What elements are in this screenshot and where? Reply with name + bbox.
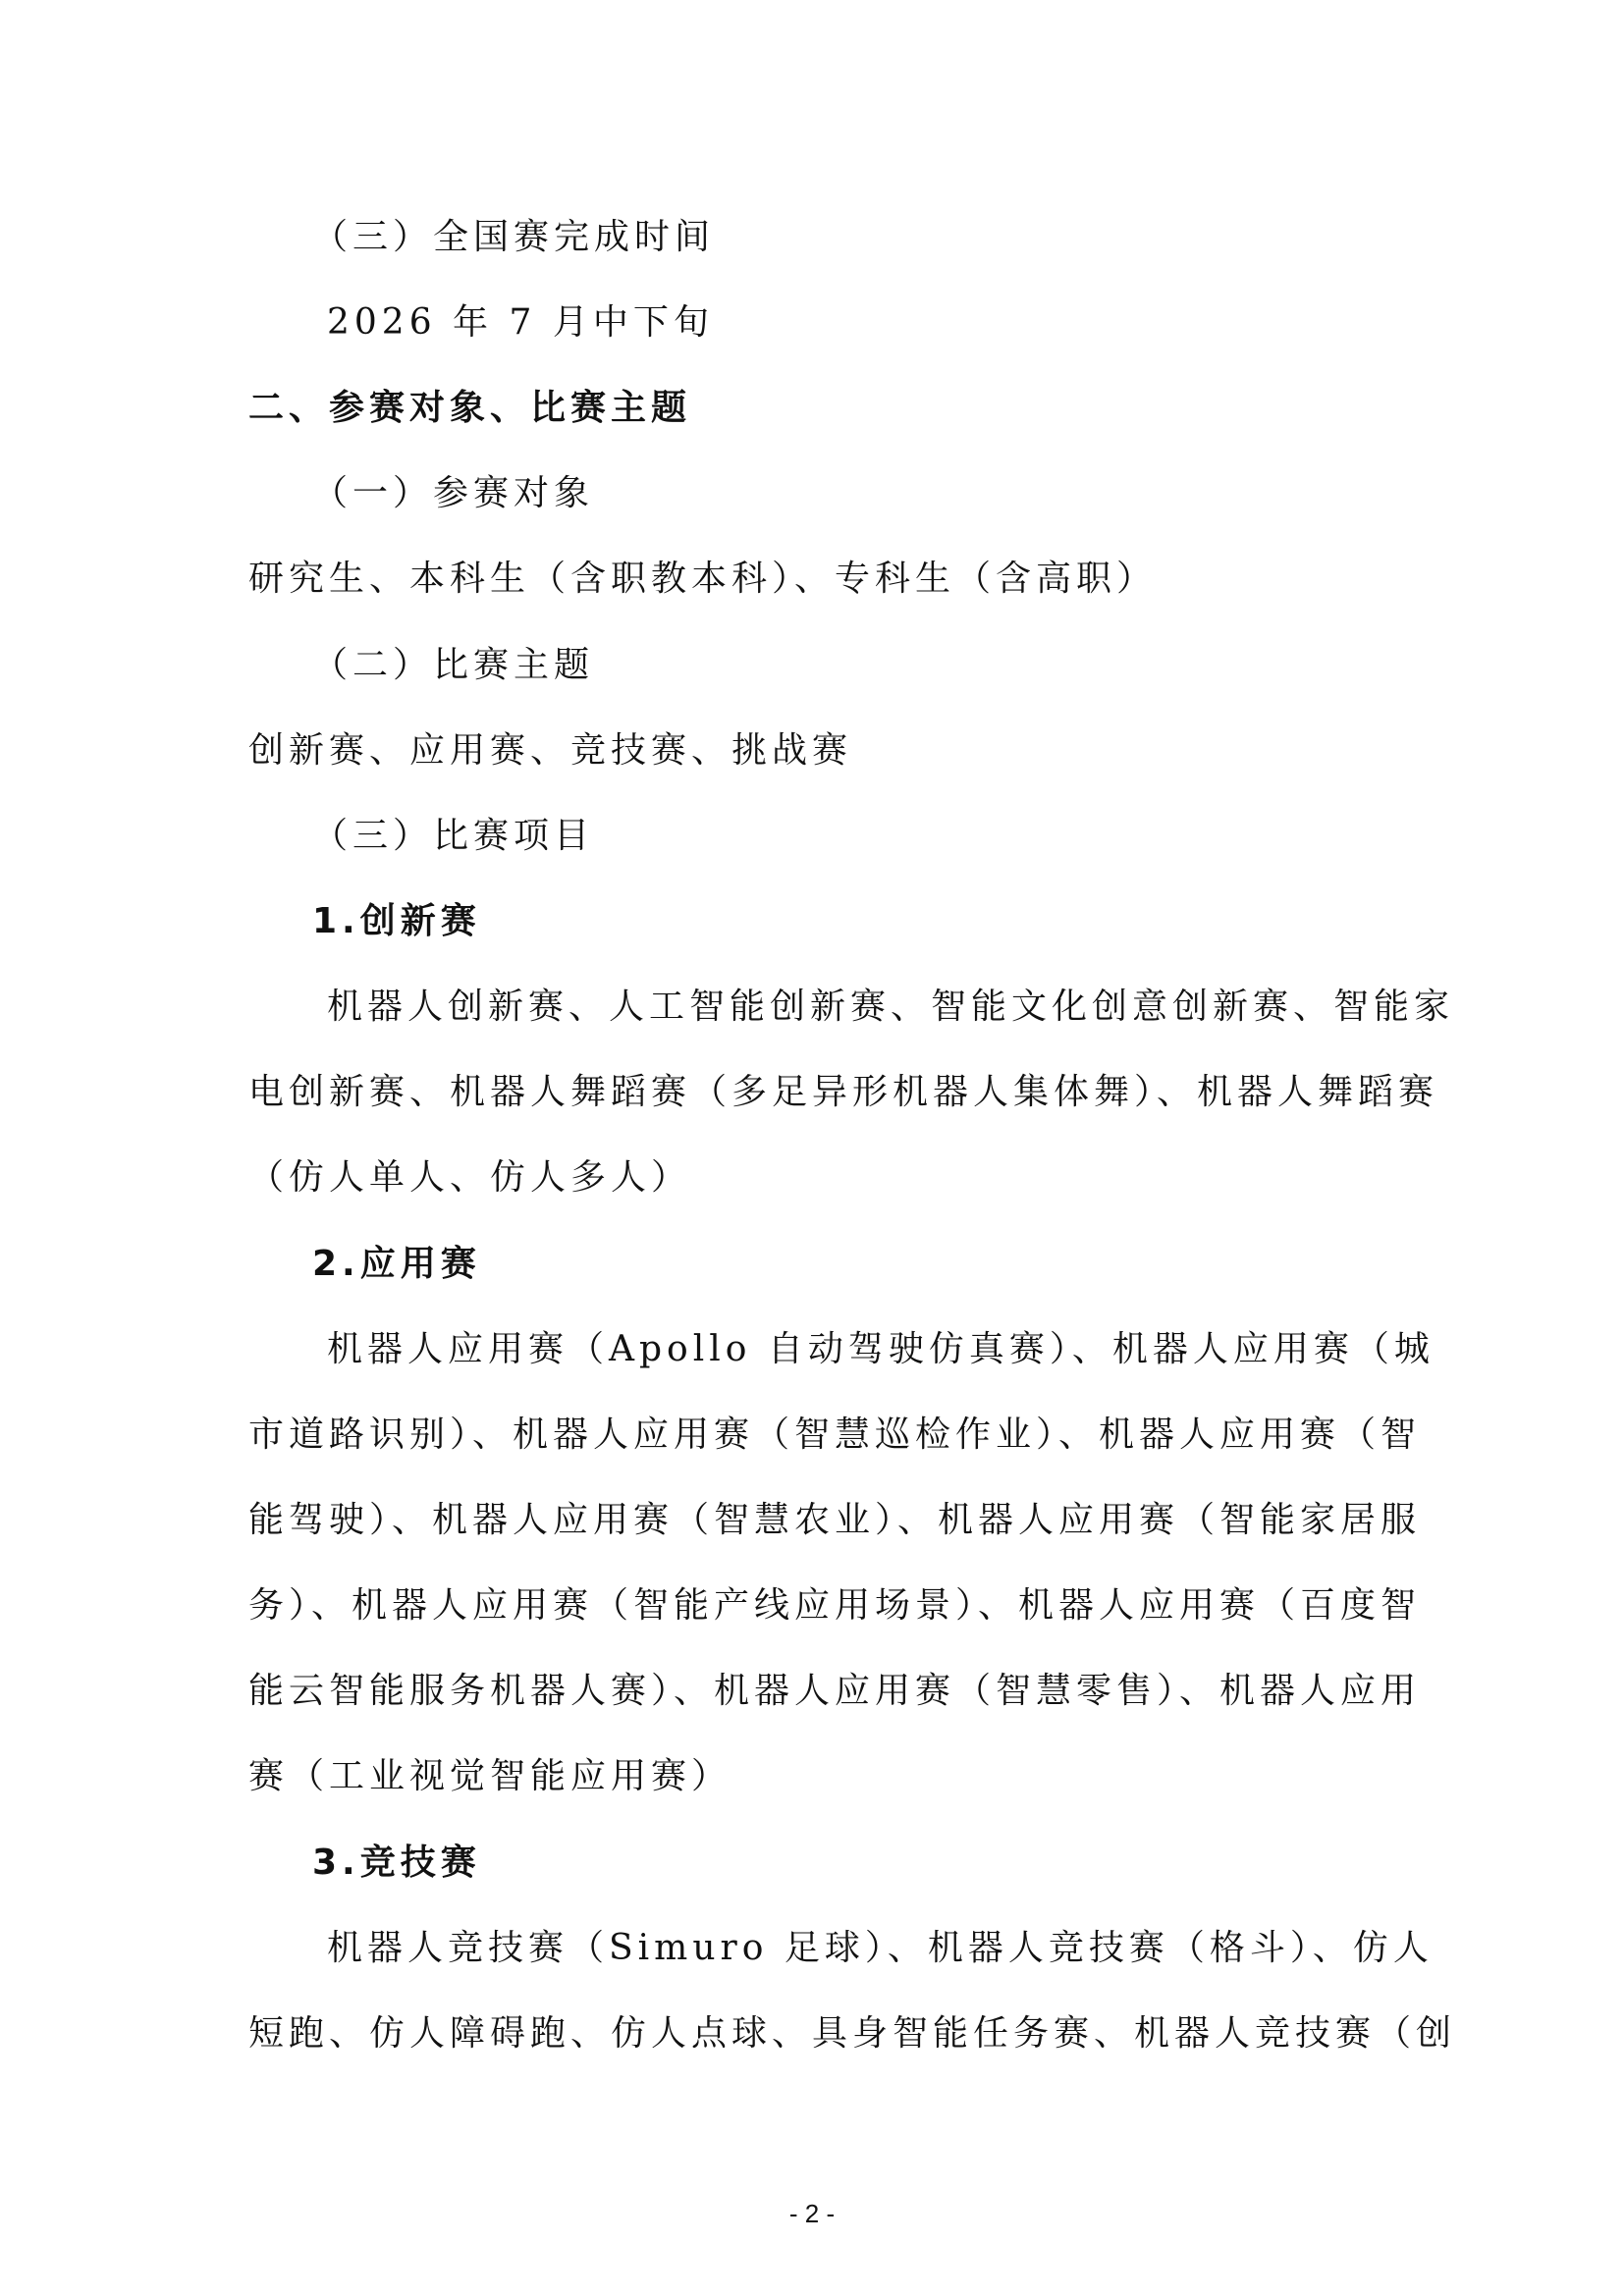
application-text-line-1: 机器人应用赛（Apollo 自动驾驶仿真赛）、机器人应用赛（城 — [327, 1328, 1384, 1371]
application-text-line-4: 务）、机器人应用赛（智能产线应用场景）、机器人应用赛（百度智 — [248, 1584, 1384, 1628]
section-two-heading: 二、参赛对象、比赛主题 — [248, 387, 1384, 430]
application-text-line-5: 能云智能服务机器人赛）、机器人应用赛（智慧零售）、机器人应用 — [248, 1670, 1384, 1713]
themes-heading: （二）比赛主题 — [312, 644, 1448, 687]
participants-text: 研究生、本科生（含职教本科）、专科生（含高职） — [248, 558, 1384, 601]
competition-text-line-1: 机器人竞技赛（Simuro 足球）、机器人竞技赛（格斗）、仿人 — [327, 1927, 1384, 1970]
competition-heading: 3.竞技赛 — [312, 1842, 1448, 1885]
application-heading: 2.应用赛 — [312, 1243, 1448, 1286]
completion-time-value: 2026 年 7 月中下旬 — [327, 301, 1384, 345]
application-text-line-2: 市道路识别）、机器人应用赛（智慧巡检作业）、机器人应用赛（智 — [248, 1414, 1384, 1457]
innovation-text-line-1: 机器人创新赛、人工智能创新赛、智能文化创意创新赛、智能家 — [327, 986, 1384, 1029]
section-completion-time-heading: （三）全国赛完成时间 — [312, 216, 1448, 259]
innovation-text-line-2: 电创新赛、机器人舞蹈赛（多足异形机器人集体舞）、机器人舞蹈赛 — [248, 1071, 1384, 1114]
competition-text-line-2: 短跑、仿人障碍跑、仿人点球、具身智能任务赛、机器人竞技赛（创 — [248, 2012, 1384, 2056]
themes-text: 创新赛、应用赛、竞技赛、挑战赛 — [248, 729, 1384, 773]
page-number: - 2 - — [0, 2199, 1624, 2229]
innovation-text-line-3: （仿人单人、仿人多人） — [248, 1156, 1384, 1200]
participants-heading: （一）参赛对象 — [312, 472, 1448, 515]
events-heading: （三）比赛项目 — [312, 815, 1448, 858]
application-text-line-3: 能驾驶）、机器人应用赛（智慧农业）、机器人应用赛（智能家居服 — [248, 1499, 1384, 1542]
application-text-line-6: 赛（工业视觉智能应用赛） — [248, 1755, 1384, 1798]
innovation-heading: 1.创新赛 — [312, 900, 1448, 943]
document-page: （三）全国赛完成时间 2026 年 7 月中下旬 二、参赛对象、比赛主题 （一）… — [0, 0, 1624, 2296]
